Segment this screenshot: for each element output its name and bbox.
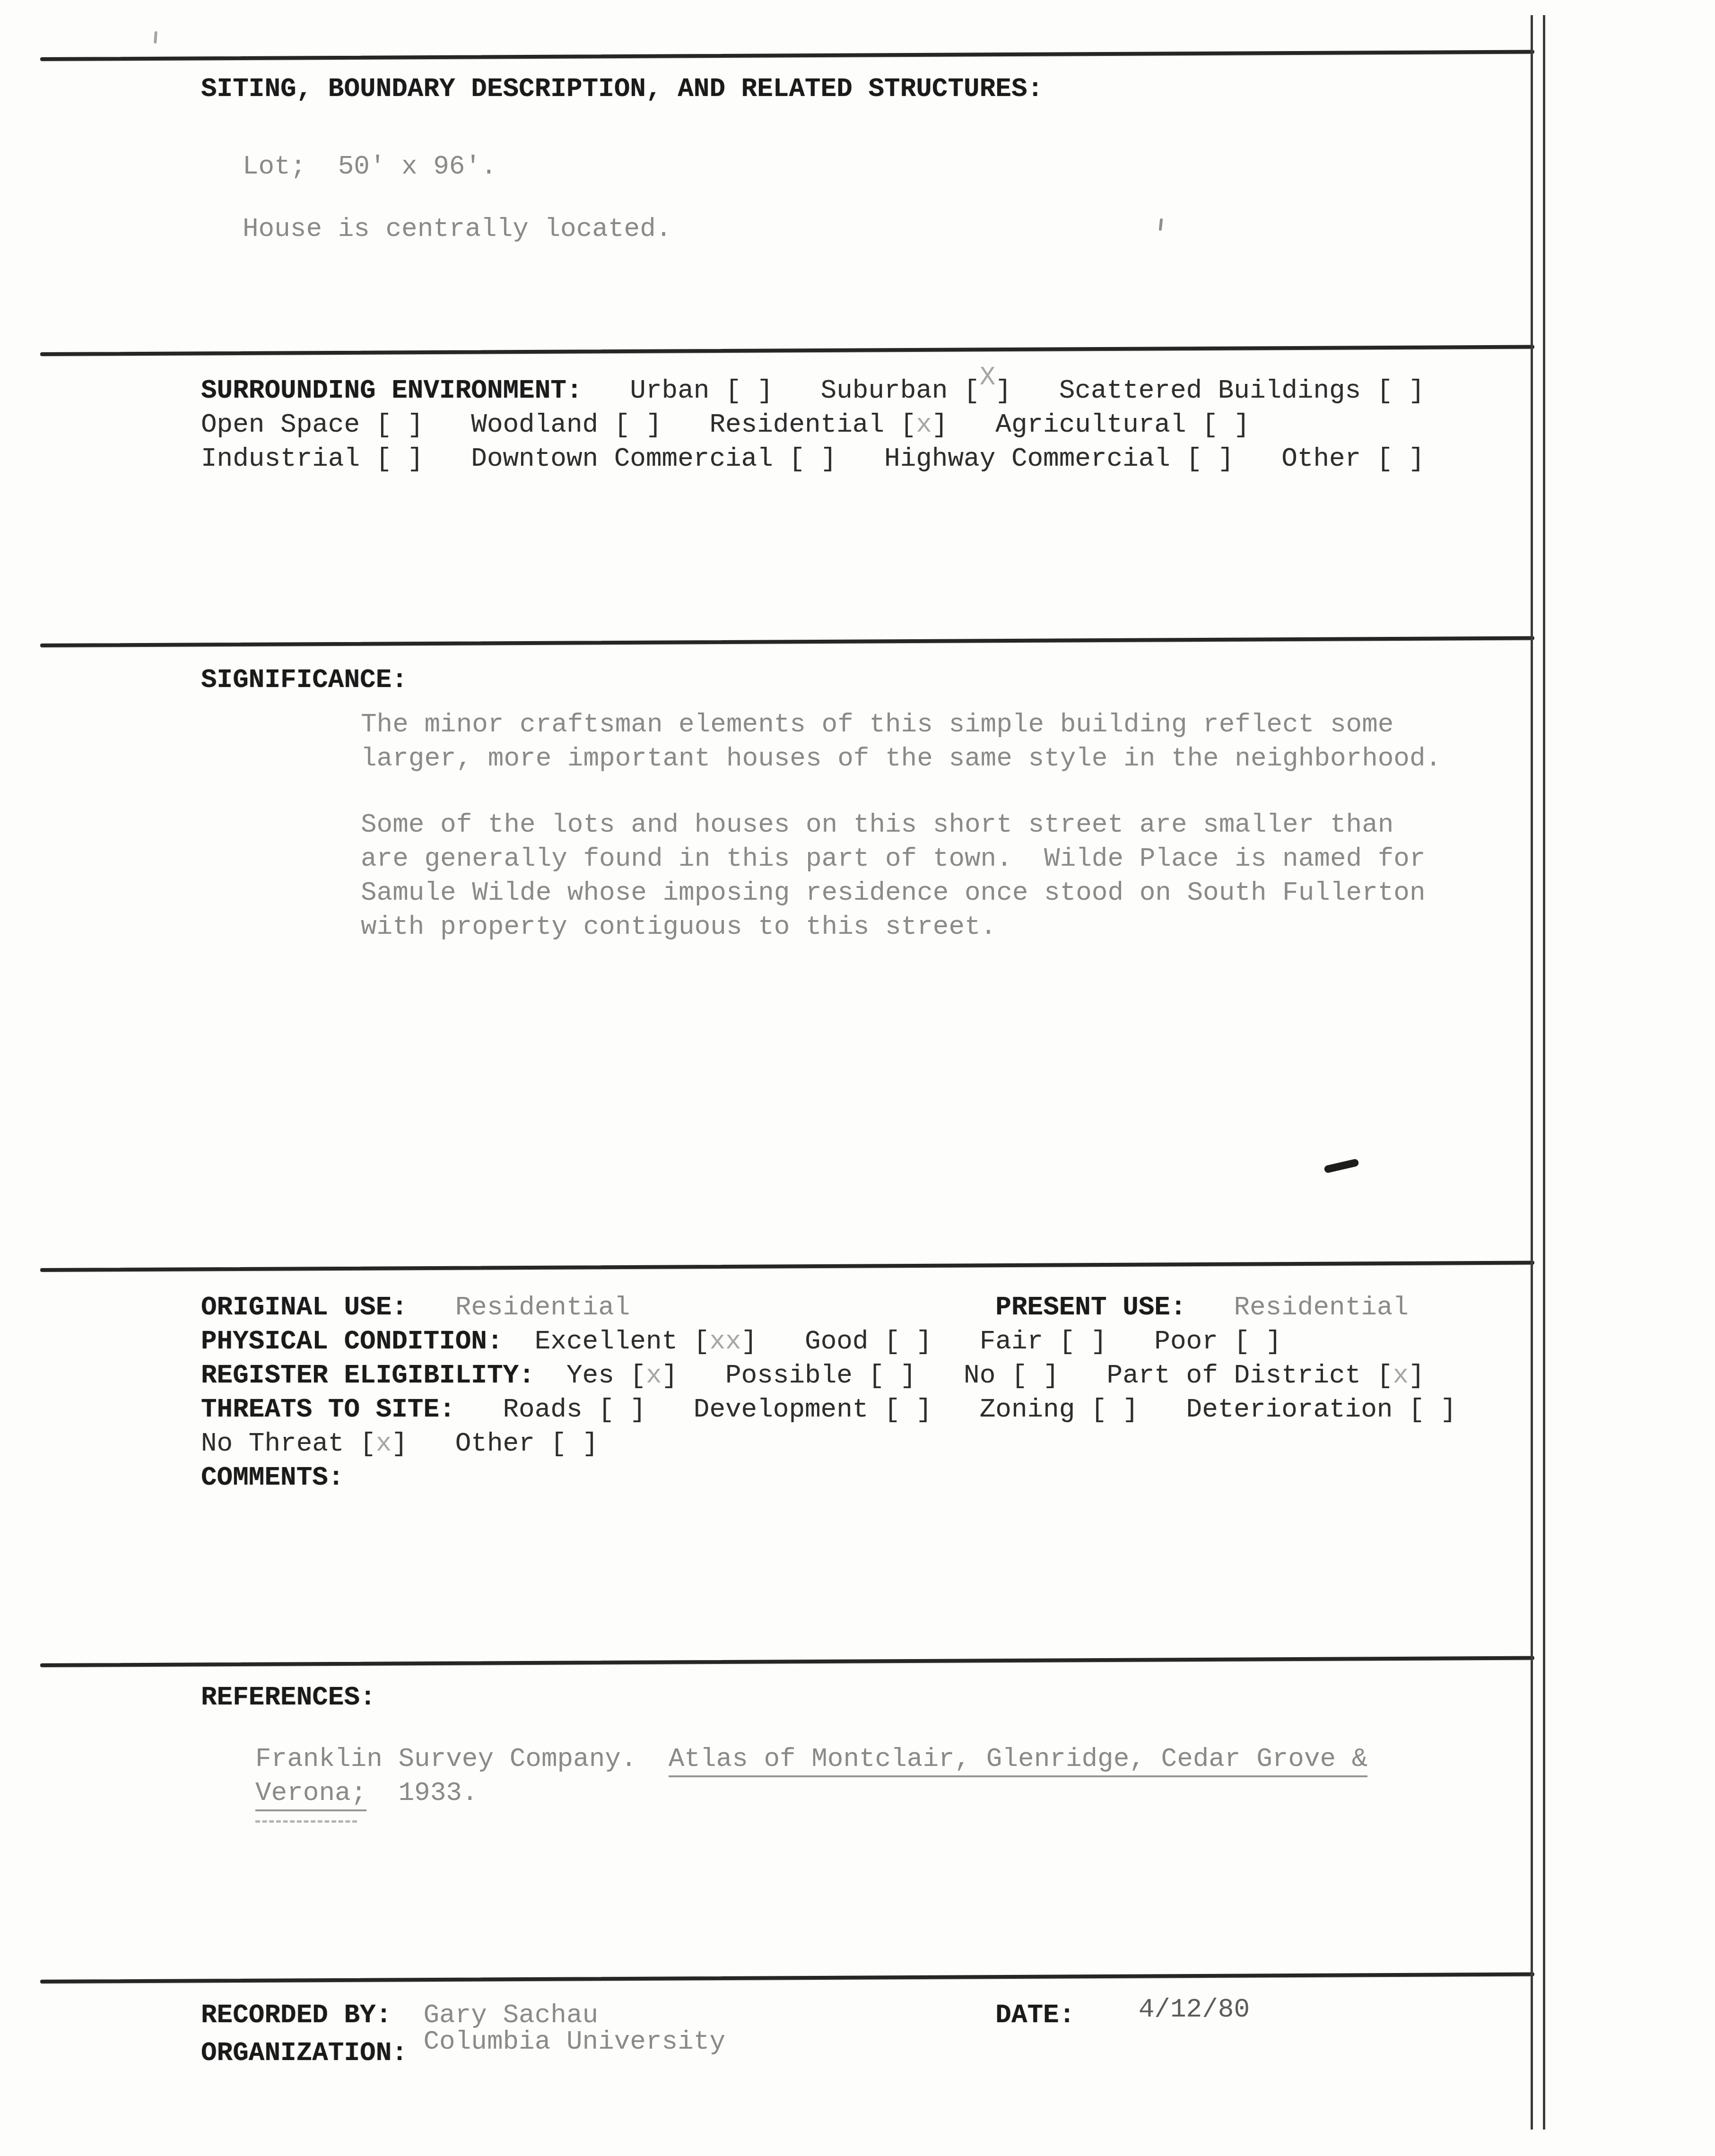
reference-citation-line-2: Verona; 1933. xyxy=(255,1778,478,1808)
underline-mark xyxy=(255,1820,357,1823)
significance-paragraph-1-line-2: larger, more important houses of the sam… xyxy=(361,743,1441,774)
ink-tick-mark xyxy=(1159,218,1163,231)
lot-dimensions-text: Lot; 50' x 96'. xyxy=(243,151,497,182)
divider-rule-references xyxy=(40,1656,1534,1667)
environment-checkbox-row-3: Industrial [ ] Downtown Commercial [ ] H… xyxy=(201,443,1425,474)
significance-paragraph-1-line-1: The minor craftsman elements of this sim… xyxy=(361,709,1393,739)
ink-tick-mark xyxy=(154,31,157,43)
scanned-survey-form-page: SITING, BOUNDARY DESCRIPTION, AND RELATE… xyxy=(0,0,1715,2156)
significance-paragraph-2-line-4: with property contiguous to this street. xyxy=(361,912,996,942)
reference-citation-line-1: Franklin Survey Company. Atlas of Montcl… xyxy=(255,1744,1367,1774)
environment-checkbox-row-2: Open Space [ ] Woodland [ ] Residential … xyxy=(201,409,1250,440)
significance-paragraph-2-line-3: Samule Wilde whose imposing residence on… xyxy=(361,878,1426,908)
divider-rule-use xyxy=(40,1261,1534,1272)
no-threat-row: No Threat [x] Other [ ] xyxy=(201,1428,598,1459)
comments-label: COMMENTS: xyxy=(201,1462,344,1493)
significance-paragraph-2-line-1: Some of the lots and houses on this shor… xyxy=(361,809,1393,840)
divider-rule-environment xyxy=(40,345,1534,356)
divider-rule-footer xyxy=(40,1973,1534,1983)
right-border-line-outer xyxy=(1543,15,1545,2130)
significance-section-heading: SIGNIFICANCE: xyxy=(201,665,408,695)
physical-condition-row: PHYSICAL CONDITION: Excellent [xx] Good … xyxy=(201,1326,1281,1356)
threats-to-site-row: THREATS TO SITE: Roads [ ] Development [… xyxy=(201,1394,1456,1425)
divider-rule-top xyxy=(40,50,1534,61)
siting-section-heading: SITING, BOUNDARY DESCRIPTION, AND RELATE… xyxy=(201,74,1043,104)
references-section-heading: REFERENCES: xyxy=(201,1682,376,1713)
original-present-use-row: ORIGINAL USE: Residential PRESENT USE: R… xyxy=(201,1292,1409,1322)
right-border-line-inner xyxy=(1531,15,1533,2130)
register-eligibility-row: REGISTER ELIGIBILITY: Yes [x] Possible [… xyxy=(201,1360,1425,1391)
house-location-text: House is centrally located. xyxy=(243,214,671,244)
environment-checkbox-row-1: SURROUNDING ENVIRONMENT: Urban [ ] Subur… xyxy=(201,375,1425,406)
ink-dash-mark xyxy=(1323,1158,1359,1174)
significance-paragraph-2-line-2: are generally found in this part of town… xyxy=(361,843,1426,874)
divider-rule-significance xyxy=(40,636,1534,647)
organization-row: ORGANIZATION: Columbia University xyxy=(201,2038,725,2068)
recorded-by-date-row: RECORDED BY: Gary Sachau DATE: 4/12/80 xyxy=(201,2000,1250,2030)
